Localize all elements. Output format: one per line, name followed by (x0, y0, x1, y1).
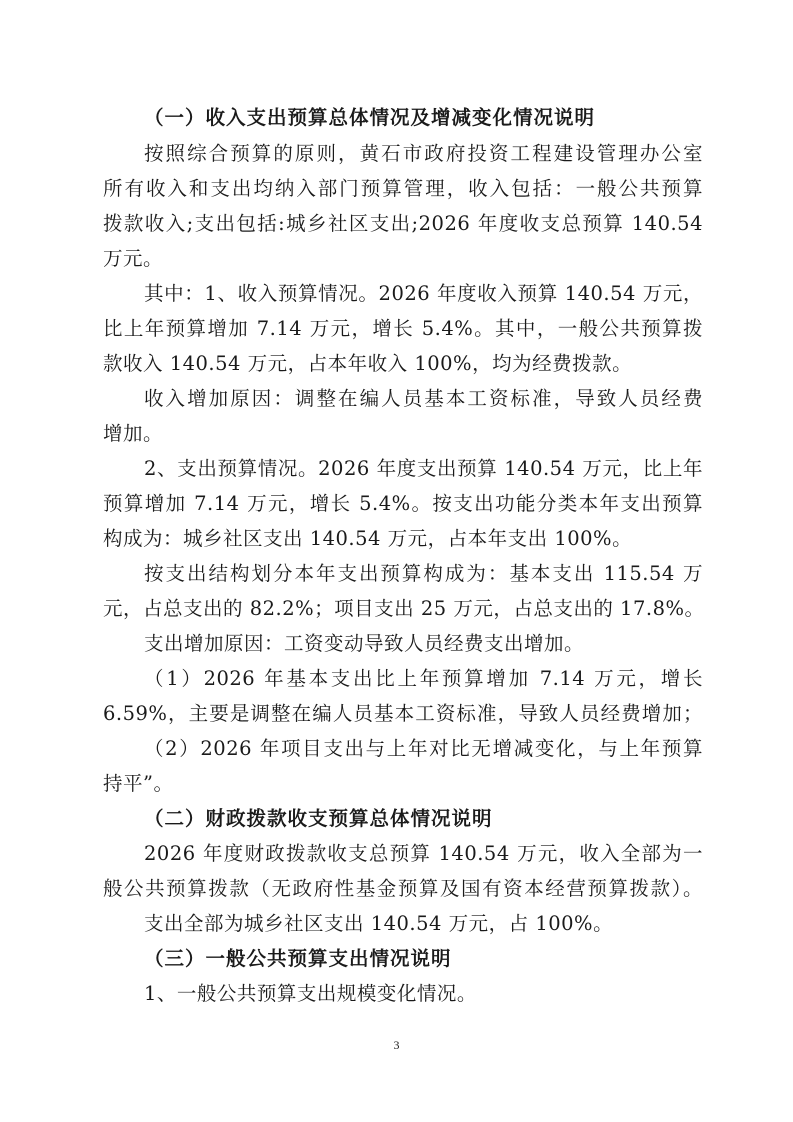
paragraph-line: 2、支出预算情况。2026 年度支出预算 140.54 万元，比上年 (144, 451, 703, 486)
paragraph-line: 其中：1、收入预算情况。2026 年度收入预算 140.54 万元， (144, 276, 703, 311)
paragraph-line: 2026 年度财政拨款收支总预算 140.54 万元，收入全部为一 (144, 836, 703, 871)
section-heading-2: （二）财政拨款收支预算总体情况说明 (144, 801, 703, 836)
paragraph-line: （1）2026 年基本支出比上年预算增加 7.14 万元，增长 (144, 661, 703, 696)
paragraph-line: 元，占总支出的 82.2%；项目支出 25 万元，占总支出的 17.8%。 (103, 591, 703, 626)
section-heading-3: （三）一般公共预算支出情况说明 (144, 941, 703, 976)
paragraph-line: 万元。 (103, 241, 703, 276)
section-heading-1: （一）收入支出预算总体情况及增减变化情况说明 (144, 100, 703, 135)
paragraph-line: 按支出结构划分本年支出预算构成为：基本支出 115.54 万 (144, 556, 703, 591)
document-page: （一）收入支出预算总体情况及增减变化情况说明 按照综合预算的原则，黄石市政府投资… (0, 0, 793, 1122)
paragraph-line: 收入增加原因：调整在编人员基本工资标准，导致人员经费 (144, 381, 703, 416)
paragraph-line: 所有收入和支出均纳入部门预算管理，收入包括：一般公共预算 (103, 171, 703, 206)
paragraph-line: 款收入 140.54 万元，占本年收入 100%，均为经费拨款。 (103, 346, 703, 381)
paragraph-line: 比上年预算增加 7.14 万元，增长 5.4%。其中，一般公共预算拨 (103, 311, 703, 346)
paragraph-line: 1、一般公共预算支出规模变化情况。 (144, 976, 703, 1011)
paragraph-line: 持平”。 (103, 766, 703, 801)
paragraph-line: 拨款收入;支出包括:城乡社区支出;2026 年度收支总预算 140.54 (103, 206, 703, 241)
paragraph-line: 增加。 (103, 416, 703, 451)
paragraph-line: 6.59%，主要是调整在编人员基本工资标准，导致人员经费增加； (103, 696, 703, 731)
paragraph-line: 构成为：城乡社区支出 140.54 万元，占本年支出 100%。 (103, 521, 703, 556)
page-number: 3 (0, 1038, 793, 1053)
paragraph-line: 支出全部为城乡社区支出 140.54 万元，占 100%。 (144, 906, 703, 941)
paragraph-line: 支出增加原因：工资变动导致人员经费支出增加。 (144, 626, 703, 661)
paragraph-line: （2）2026 年项目支出与上年对比无增减变化，与上年预算 (144, 731, 703, 766)
paragraph-line: 预算增加 7.14 万元，增长 5.4%。按支出功能分类本年支出预算 (103, 486, 703, 521)
paragraph-line: 按照综合预算的原则，黄石市政府投资工程建设管理办公室 (144, 136, 703, 171)
paragraph-line: 般公共预算拨款（无政府性基金预算及国有资本经营预算拨款）。 (103, 871, 703, 906)
